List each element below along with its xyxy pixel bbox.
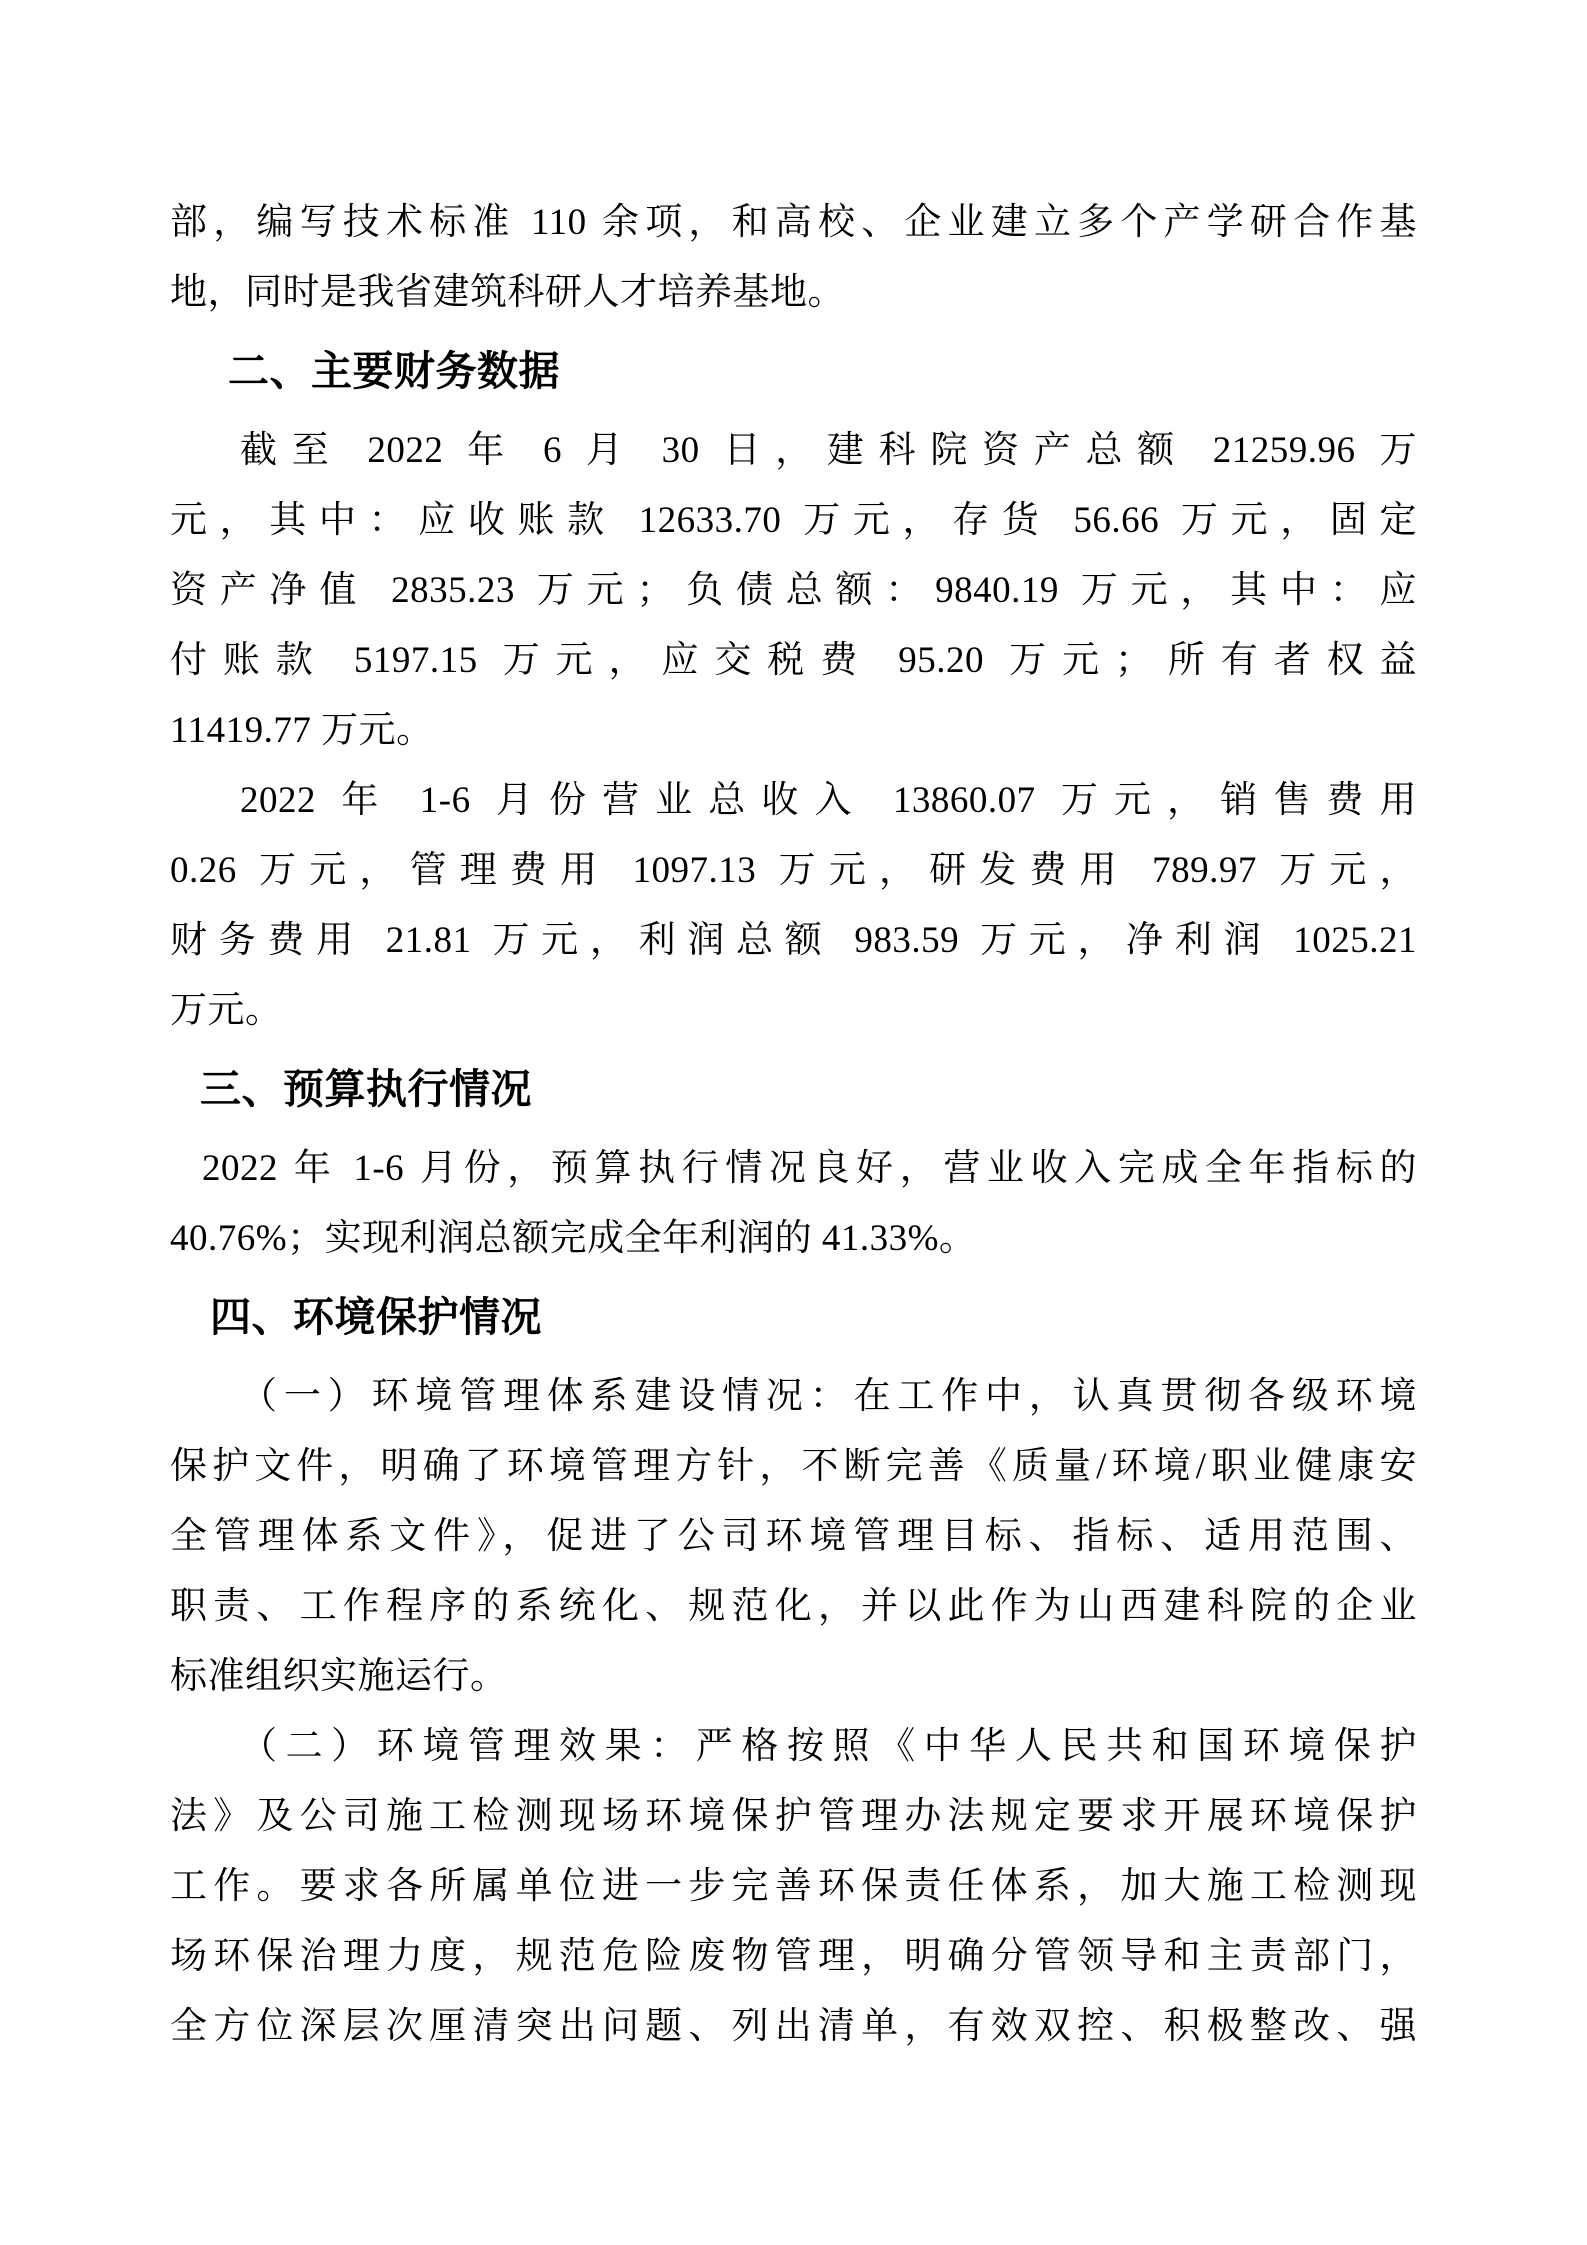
text-line: （一）环境管理体系建设情况：在工作中，认真贯彻各级环境 — [170, 1362, 1417, 1432]
text-line: 部，编写技术标准 110 余项，和高校、企业建立多个产学研合作基 — [170, 188, 1417, 258]
text-line: 法》及公司施工检测现场环境保护管理办法规定要求开展环境保护 — [170, 1782, 1417, 1852]
text-line: 截至 2022 年 6 月 30 日，建科院资产总额 21259.96 万 — [170, 416, 1417, 486]
section-heading: 三、预算执行情况 — [170, 1054, 1417, 1124]
text-line: 职责、工作程序的系统化、规范化，并以此作为山西建科院的企业 — [170, 1572, 1417, 1642]
text-line: 元，其中：应收账款 12633.70 万元，存货 56.66 万元，固定 — [170, 486, 1417, 556]
section-heading: 四、环境保护情况 — [170, 1282, 1417, 1352]
text-line: 2022 年 1-6 月份，预算执行情况良好，营业收入完成全年指标的 — [170, 1134, 1417, 1204]
text-line: （二）环境管理效果：严格按照《中华人民共和国环境保护 — [170, 1712, 1417, 1782]
section-heading: 二、主要财务数据 — [170, 336, 1417, 406]
text-line: 场环保治理力度，规范危险废物管理，明确分管领导和主责部门， — [170, 1922, 1417, 1992]
text-line: 0.26 万元，管理费用 1097.13 万元，研发费用 789.97 万元， — [170, 836, 1417, 906]
text-line: 万元。 — [170, 976, 1417, 1046]
text-line: 工作。要求各所属单位进一步完善环保责任体系，加大施工检测现 — [170, 1852, 1417, 1922]
text-line: 40.76%；实现利润总额完成全年利润的 41.33%。 — [170, 1204, 1417, 1274]
text-line: 保护文件，明确了环境管理方针，不断完善《质量/环境/职业健康安 — [170, 1432, 1417, 1502]
text-line: 付账款 5197.15 万元，应交税费 95.20 万元；所有者权益 — [170, 626, 1417, 696]
text-line: 资产净值 2835.23 万元；负债总额：9840.19 万元，其中：应 — [170, 556, 1417, 626]
text-line: 标准组织实施运行。 — [170, 1642, 1417, 1712]
document-body: 部，编写技术标准 110 余项，和高校、企业建立多个产学研合作基地，同时是我省建… — [170, 188, 1417, 2062]
text-line: 地，同时是我省建筑科研人才培养基地。 — [170, 258, 1417, 328]
text-line: 全方位深层次厘清突出问题、列出清单，有效双控、积极整改、强 — [170, 1992, 1417, 2062]
text-line: 全管理体系文件》，促进了公司环境管理目标、指标、适用范围、 — [170, 1502, 1417, 1572]
text-line: 财务费用 21.81 万元，利润总额 983.59 万元，净利润 1025.21 — [170, 906, 1417, 976]
document-page: 部，编写技术标准 110 余项，和高校、企业建立多个产学研合作基地，同时是我省建… — [0, 0, 1587, 2245]
text-line: 11419.77 万元。 — [170, 696, 1417, 766]
text-line: 2022 年 1-6 月份营业总收入 13860.07 万元，销售费用 — [170, 766, 1417, 836]
